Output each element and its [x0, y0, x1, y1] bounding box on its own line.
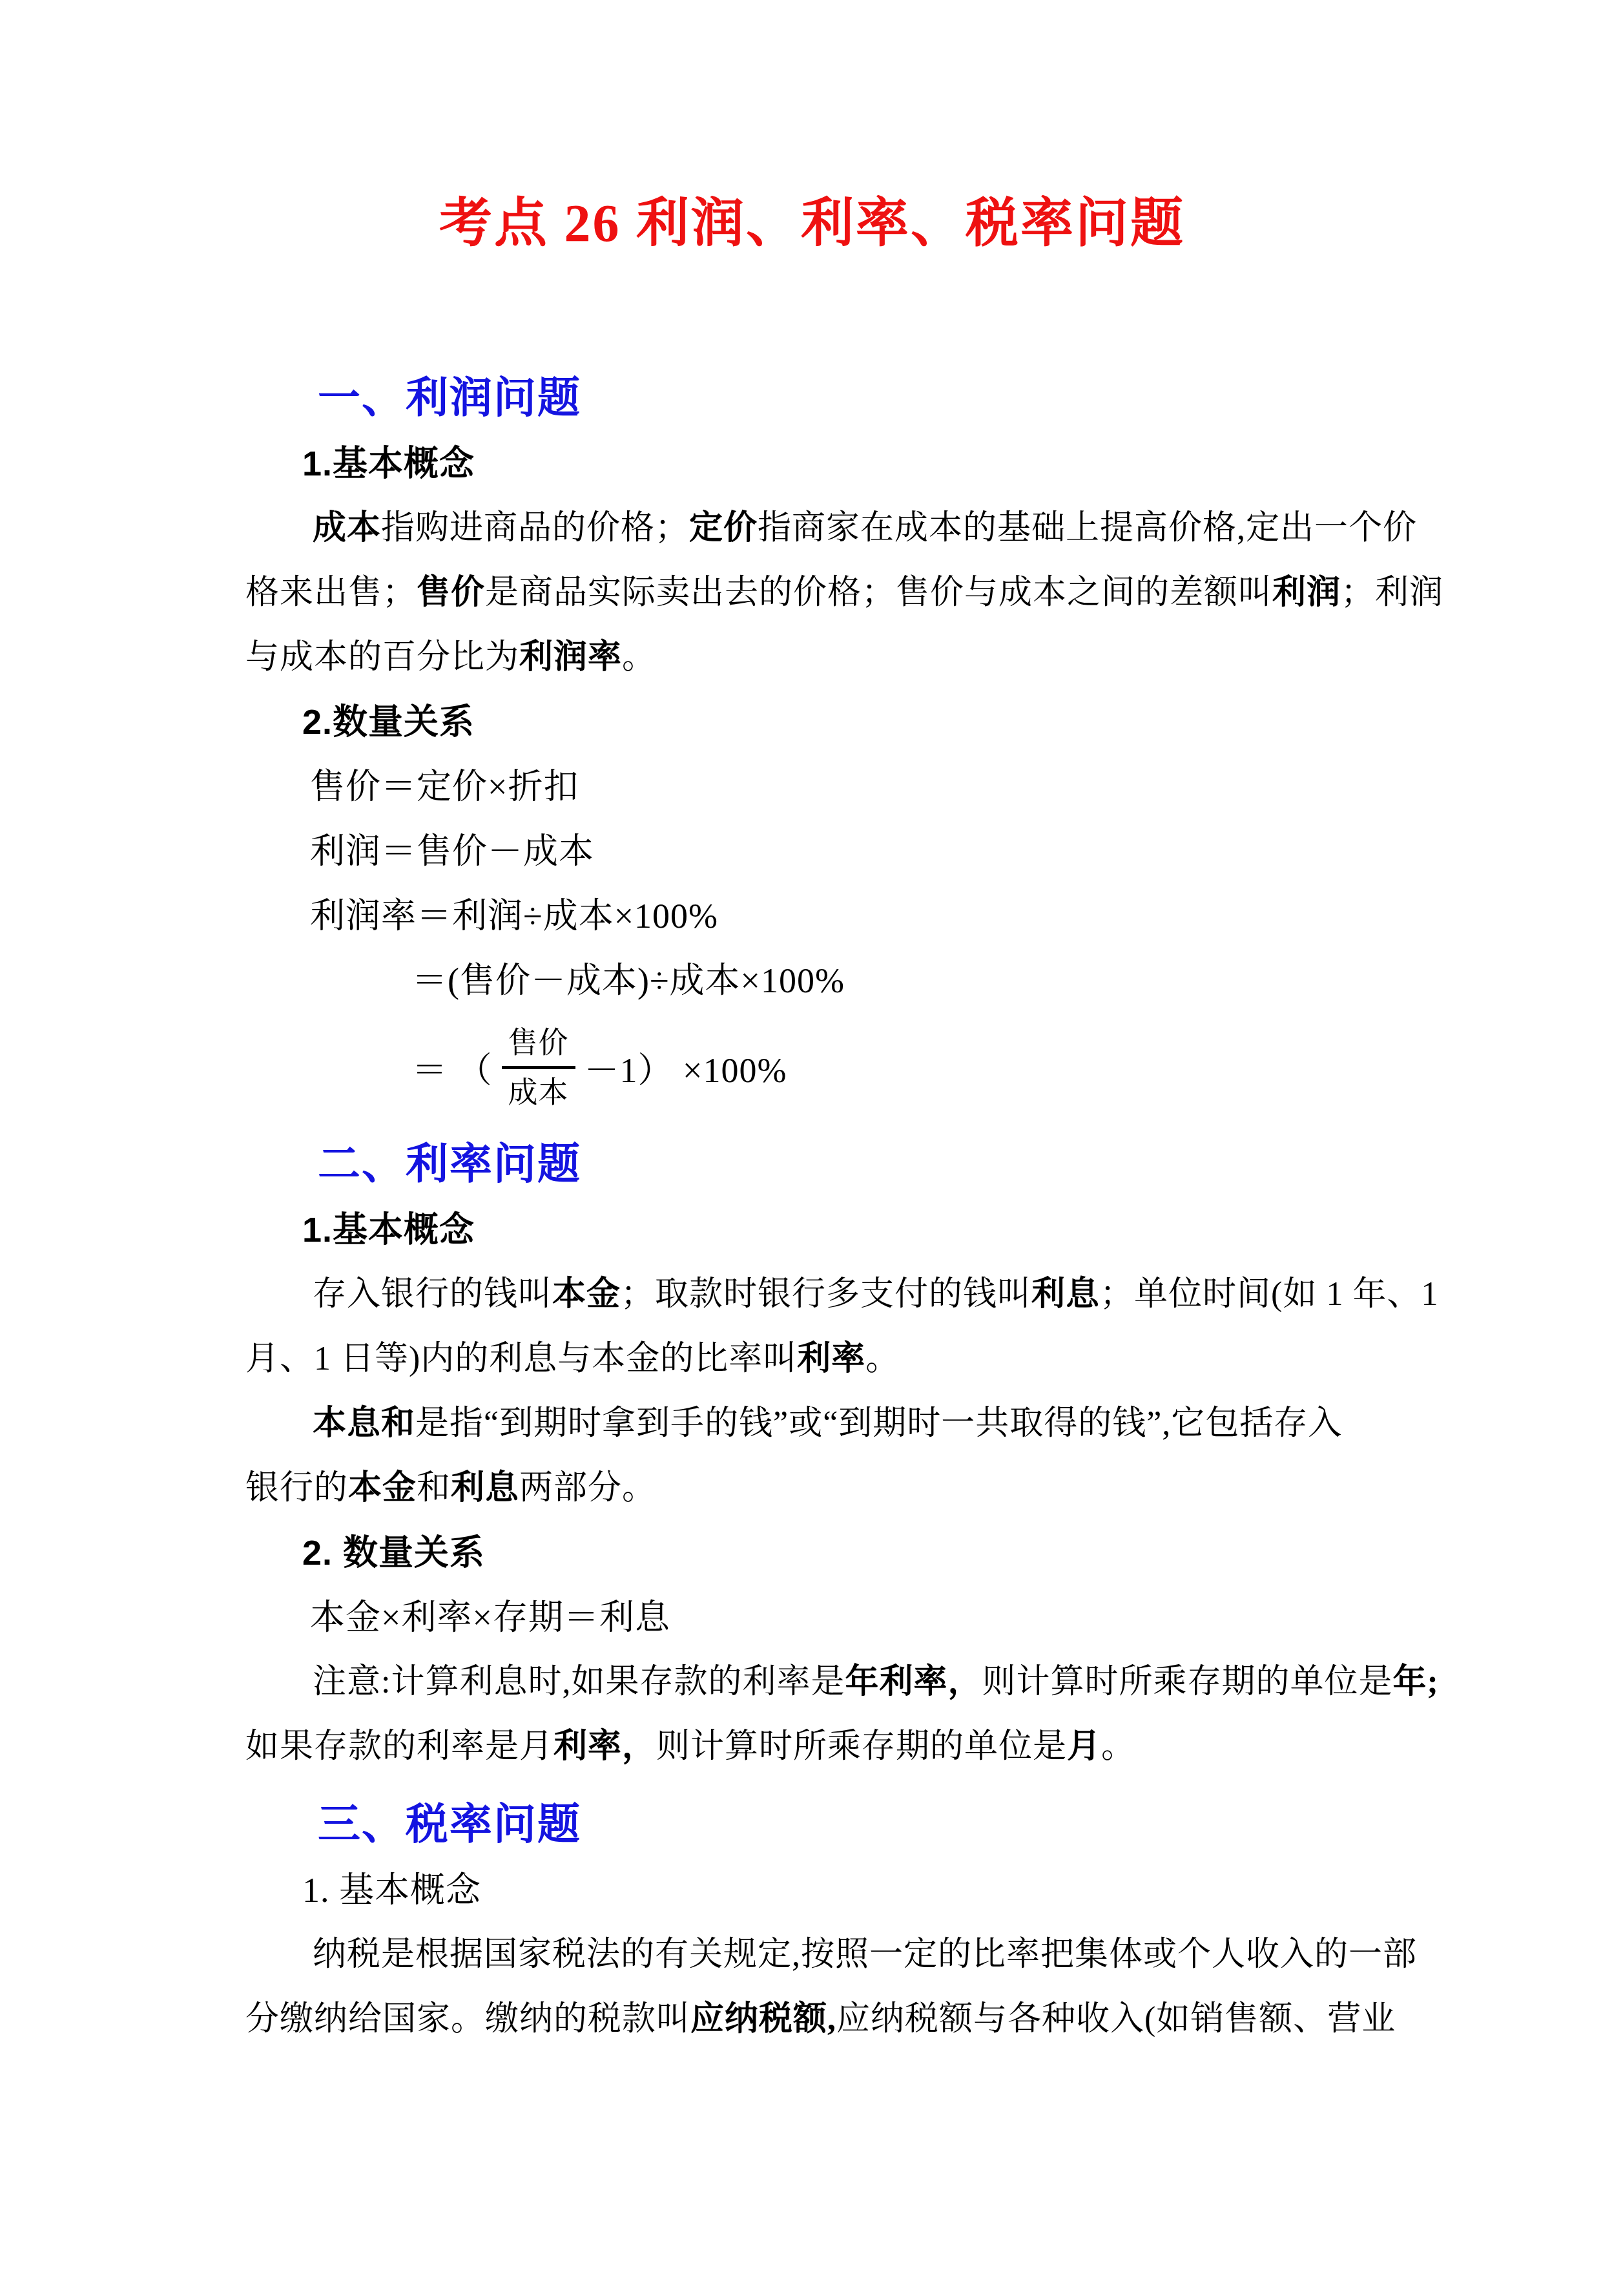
interest-note-line-2: 如果存款的利率是月利率，则计算时所乘存期的单位是月。 — [245, 1715, 1379, 1779]
fraction: 售价 成本 — [502, 1025, 575, 1109]
document-page: 考点 26 利润、利率、税率问题 一、利润问题 1.基本概念 成本指购进商品的价… — [0, 0, 1623, 2296]
tax-concept-line-2: 分缴纳给国家。缴纳的税款叫应纳税额,应纳税额与各种收入(如销售额、营业 — [245, 1987, 1379, 2052]
formula-profit: 利润＝售价－成本 — [310, 819, 1379, 884]
text-run: 1.基本概念 — [302, 444, 475, 483]
text-run: 注意:计算利息时,如果存款的利率是 — [313, 1664, 845, 1700]
fraction-denominator: 成本 — [502, 1069, 575, 1110]
text-run: 利润率 — [519, 639, 622, 676]
text-run: 。 — [622, 639, 656, 676]
text-run: ；利润 — [1341, 574, 1443, 611]
interest-note-line-1: 注意:计算利息时,如果存款的利率是年利率，则计算时所乘存期的单位是年; — [245, 1650, 1379, 1715]
text-run: 是商品实际卖出去的价格；售价与成本之间的差额叫 — [485, 574, 1272, 611]
text-run: 一、利润问题 — [318, 373, 581, 421]
text-run: 银行的 — [245, 1470, 348, 1507]
text-run: 指购进商品的价格； — [381, 510, 689, 547]
text-run: 本金 — [348, 1470, 417, 1507]
text-run: ；取款时银行多支付的钱叫 — [621, 1276, 1031, 1313]
profit-relations-subheading: 2.数量关系 — [302, 690, 1379, 755]
formula-profit-rate-expanded: ＝(售价－成本)÷成本×100% — [412, 948, 1379, 1013]
profit-concept-line-3: 与成本的百分比为利润率。 — [245, 625, 1379, 690]
text-run: ＝(售价－成本)÷成本×100% — [412, 961, 845, 1000]
fraction-suffix: －1） ×100% — [584, 1043, 787, 1092]
text-run: 利息 — [451, 1470, 519, 1507]
text-run: 与成本的百分比为 — [245, 639, 519, 676]
text-run: 本金 — [552, 1276, 621, 1313]
text-run: 。 — [1101, 1728, 1135, 1765]
interest-sum-line-2: 银行的本金和利息两部分。 — [245, 1456, 1379, 1521]
text-run: 三、税率问题 — [318, 1800, 581, 1848]
profit-concept-line-1: 成本指购进商品的价格；定价指商家在成本的基础上提高价格,定出一个价 — [245, 496, 1379, 561]
formula-interest: 本金×利率×存期＝利息 — [310, 1585, 1379, 1650]
text-run: 是指“到期时拿到手的钱”或“到期时一共取得的钱”,它包括存入 — [415, 1405, 1342, 1442]
text-run: 格来出售； — [245, 574, 417, 611]
text-run: 年利率， — [845, 1664, 982, 1700]
text-run: 月 — [1067, 1728, 1101, 1765]
profit-concept-line-2: 格来出售；售价是商品实际卖出去的价格；售价与成本之间的差额叫利润；利润 — [245, 561, 1379, 625]
text-run: 本金×利率×存期＝利息 — [310, 1598, 670, 1637]
tax-concept-line-1: 纳税是根据国家税法的有关规定,按照一定的比率把集体或个人收入的一部 — [245, 1923, 1379, 1987]
text-run: 2.数量关系 — [302, 703, 475, 742]
text-run: 两部分。 — [519, 1470, 656, 1507]
tax-concepts-subheading: 1. 基本概念 — [302, 1858, 1379, 1923]
text-run: 应纳税额, — [690, 2001, 836, 2038]
text-run: 存入银行的钱叫 — [313, 1276, 552, 1313]
profit-concepts-subheading: 1.基本概念 — [302, 432, 1379, 496]
section-tax-heading: 三、税率问题 — [318, 1796, 1379, 1852]
fraction-prefix: ＝ （ — [412, 1043, 493, 1092]
text-run: 纳税是根据国家税法的有关规定,按照一定的比率把集体或个人收入的一部 — [313, 1936, 1417, 1973]
text-run: 1.基本概念 — [302, 1211, 475, 1249]
text-run: 考点 26 利润、利率、税率问题 — [439, 194, 1185, 253]
text-run: 售价 — [417, 574, 485, 611]
text-run: ；单位时间(如 1 年、1 — [1100, 1276, 1438, 1313]
text-run: 利润 — [1272, 574, 1341, 611]
interest-concepts-subheading: 1.基本概念 — [302, 1198, 1379, 1262]
text-run: 和 — [417, 1470, 451, 1507]
interest-concept-line-1: 存入银行的钱叫本金；取款时银行多支付的钱叫利息；单位时间(如 1 年、1 — [245, 1262, 1379, 1327]
text-run: 利率 — [797, 1341, 865, 1377]
section-interest-heading: 二、利率问题 — [318, 1136, 1379, 1191]
section-profit-heading: 一、利润问题 — [318, 370, 1379, 425]
text-run: 则计算时所乘存期的单位是 — [982, 1664, 1392, 1700]
fraction-numerator: 售价 — [502, 1025, 575, 1069]
text-run: 二、利率问题 — [318, 1140, 581, 1187]
text-run: 指商家在成本的基础上提高价格,定出一个价 — [758, 510, 1417, 547]
formula-profit-rate: 利润率＝利润÷成本×100% — [310, 884, 1379, 948]
text-run: 利润率＝利润÷成本×100% — [310, 897, 718, 935]
page-title: 考点 26 利润、利率、税率问题 — [245, 187, 1379, 260]
text-run: 应纳税额与各种收入(如销售额、营业 — [836, 2001, 1396, 2038]
interest-sum-line-1: 本息和是指“到期时拿到手的钱”或“到期时一共取得的钱”,它包括存入 — [245, 1392, 1379, 1456]
interest-relations-subheading: 2. 数量关系 — [302, 1521, 1379, 1585]
interest-concept-line-2: 月、1 日等)内的利息与本金的比率叫利率。 — [245, 1327, 1379, 1392]
text-run: 利息 — [1031, 1276, 1100, 1313]
text-run: 定价 — [689, 510, 758, 547]
text-run: 2. 数量关系 — [302, 1534, 485, 1572]
text-run: 如果存款的利率是月 — [245, 1728, 553, 1765]
text-run: 成本 — [313, 510, 381, 547]
text-run: 利润＝售价－成本 — [310, 832, 594, 871]
text-run: 分缴纳给国家。缴纳的税款叫 — [245, 2001, 690, 2038]
text-run: 。 — [865, 1341, 900, 1377]
text-run: 利率， — [553, 1728, 656, 1765]
formula-profit-rate-fraction: ＝ （ 售价 成本 －1） ×100% — [412, 1016, 1379, 1119]
text-run: 本息和 — [313, 1405, 415, 1442]
text-run: 年; — [1392, 1664, 1438, 1700]
formula-selling-price: 售价＝定价×折扣 — [310, 755, 1379, 819]
text-run: 售价＝定价×折扣 — [310, 767, 579, 806]
text-run: 则计算时所乘存期的单位是 — [656, 1728, 1067, 1765]
text-run: 1. 基本概念 — [302, 1871, 481, 1910]
text-run: 月、1 日等)内的利息与本金的比率叫 — [245, 1341, 797, 1377]
